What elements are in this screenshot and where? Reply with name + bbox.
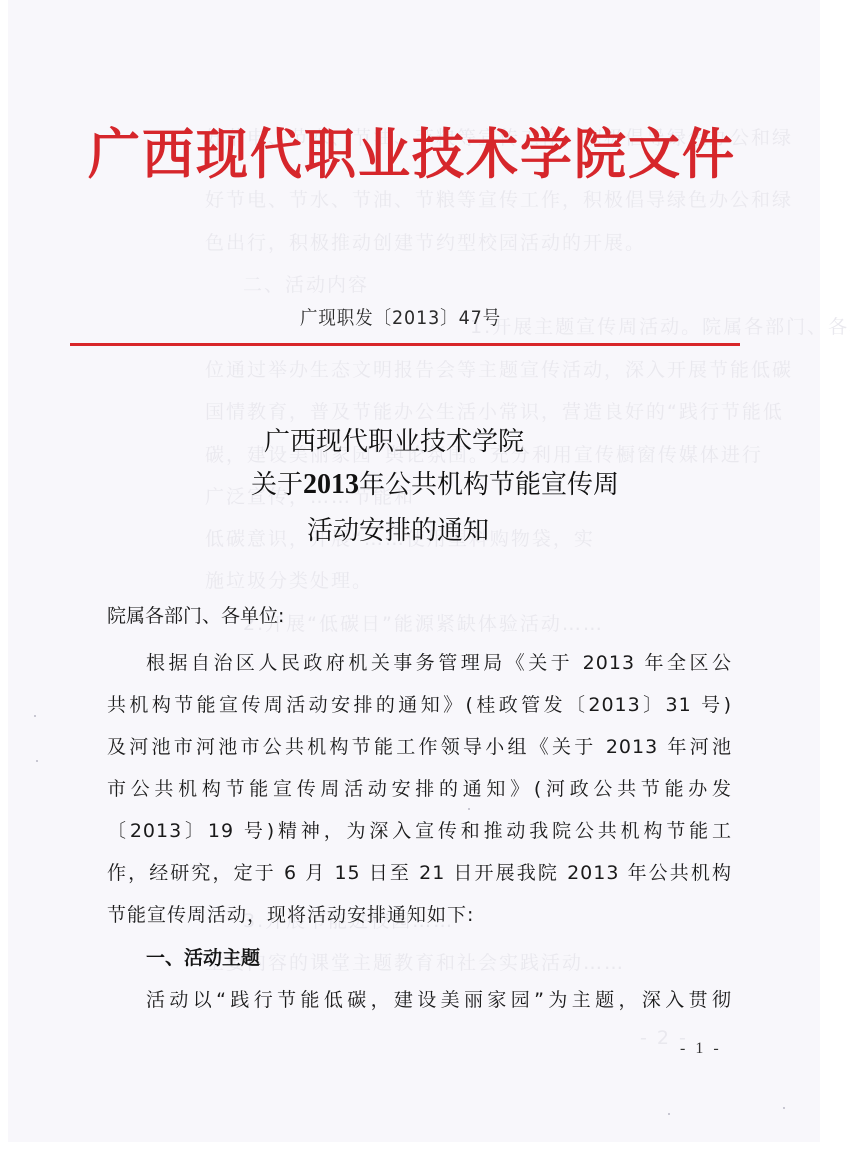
bleed-through-line: 施垃圾分类处理。	[205, 566, 373, 593]
bleed-through-line: 好节电、节水、节油、节粮等宣传工作，积极倡导绿色办公和绿	[205, 185, 793, 212]
bleed-through-line: 1.开展主题宣传周活动。院属各部门、各单	[470, 312, 850, 339]
main-title-line-2: 关于2013年公共机构节能宣传周	[251, 464, 850, 501]
section-heading-activity-theme: 一、活动主题	[146, 943, 260, 970]
paragraph-line: 节能宣传周活动，现将活动安排通知如下:	[107, 900, 474, 927]
scan-speck	[34, 715, 36, 717]
bleed-through-line: 色出行，积极推动创建节约型校园活动的开展。	[205, 228, 646, 255]
main-title-suffix: 年公共机构节能宣传周	[359, 470, 619, 500]
paragraph-line: 作，经研究，定于 6 月 15 日至 21 日开展我院 2013 年公共机构	[107, 858, 732, 885]
bleed-through-line: 国情教育，普及节能办公生活小常识，营造良好的“践行节能低	[205, 397, 784, 424]
issuer-letterhead-title: 广西现代职业技术学院文件	[88, 110, 738, 189]
scan-speck	[668, 1113, 670, 1115]
page-number: - 1 -	[680, 1040, 722, 1058]
paragraph-line: 活动以“践行节能低碳，建设美丽家园”为主题，深入贯彻	[146, 985, 732, 1012]
red-divider-rule	[70, 343, 740, 346]
paragraph-line: 根据自治区人民政府机关事务管理局《关于 2013 年全区公	[146, 648, 732, 675]
main-title-line-1: 广西现代职业技术学院	[264, 421, 850, 458]
main-title-prefix: 关于	[251, 470, 303, 500]
scan-speck	[468, 808, 470, 810]
scan-speck	[36, 760, 38, 762]
main-title-year: 2013	[303, 469, 359, 500]
paragraph-line: 及河池市河池市公共机构节能工作领导小组《关于 2013 年河池	[107, 732, 732, 759]
bleed-through-line: 主要内容的课堂主题教育和社会实践活动……	[205, 948, 625, 975]
bleed-through-line: 二、活动内容	[243, 270, 369, 297]
main-title-line-3: 活动安排的通知	[307, 510, 850, 547]
bleed-through-line: 位通过举办生态文明报告会等主题宣传活动，深入开展节能低碳	[205, 355, 793, 382]
document-number: 广现职发〔2013〕47号	[300, 303, 501, 330]
salutation: 院属各部门、各单位:	[107, 601, 284, 628]
scan-speck	[783, 1107, 785, 1109]
bleed-through-line: 2.开展“低碳日”能源紧缺体验活动……	[243, 609, 604, 636]
paragraph-line: 共机构节能宣传周活动安排的通知》(桂政管发〔2013〕31 号)	[107, 690, 732, 717]
paragraph-line: 〔2013〕19 号)精神，为深入宣传和推动我院公共机构节能工	[107, 816, 732, 843]
paragraph-line: 市公共机构节能宣传周活动安排的通知》(河政公共节能办发	[107, 774, 732, 801]
